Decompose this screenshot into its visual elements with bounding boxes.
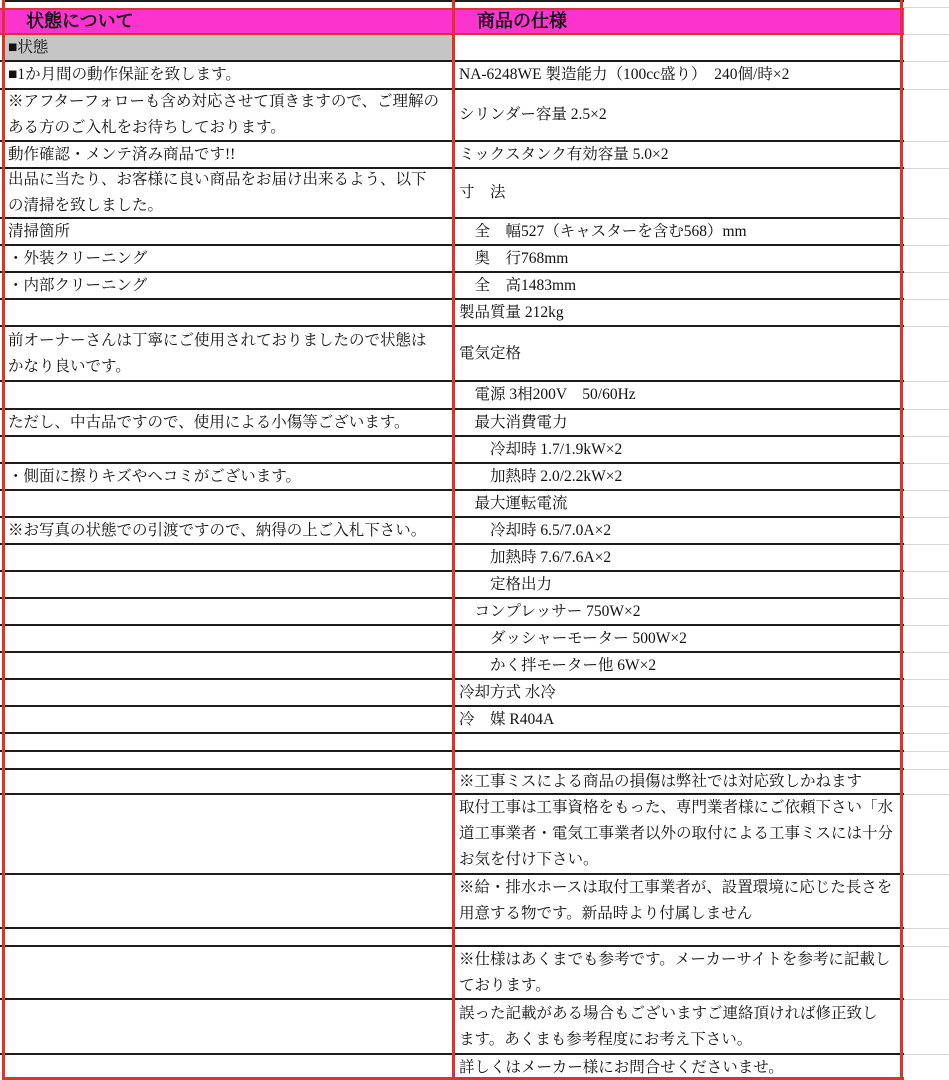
- condition-cell: [2, 653, 453, 678]
- gutter-gridline: [904, 245, 949, 246]
- gutter-gridline: [904, 769, 949, 770]
- gutter-gridline: [904, 61, 949, 62]
- spec-cell: 取付工事は工事資格をもった、専門業者様にご依頼下さい「水 道工事業者・電気工事業…: [453, 795, 904, 873]
- spec-cell: [453, 35, 904, 60]
- spec-cell: ※仕様はあくまでも参考です。メーカーサイトを参考に記載し ております。: [453, 947, 904, 998]
- gutter-gridline: [904, 89, 949, 90]
- spec-cell: かく拌モーター他 6W×2: [453, 653, 904, 678]
- gutter-gridline: [904, 751, 949, 752]
- gutter-gridline: [904, 168, 949, 169]
- gutter-gridline: [904, 463, 949, 464]
- condition-column-header: 状態について: [2, 10, 453, 33]
- condition-cell: 出品に当たり、お客様に良い商品をお届け出来るよう、以下 の清掃を致しました。: [2, 169, 453, 217]
- spec-cell: ダッシャーモーター 500W×2: [453, 626, 904, 651]
- condition-cell: 動作確認・メンテ済み商品です!!: [2, 142, 453, 167]
- condition-cell: [2, 491, 453, 516]
- spec-cell: 全 幅527（キャスターを含む568）mm: [453, 219, 904, 244]
- gutter-gridline: [904, 999, 949, 1000]
- spec-cell: 加熱時 7.6/7.6A×2: [453, 545, 904, 570]
- condition-cell: [2, 734, 453, 750]
- gutter-gridline: [904, 874, 949, 875]
- condition-cell: [2, 382, 453, 408]
- gutter-gridline: [904, 141, 949, 142]
- gutter-gridline: [904, 381, 949, 382]
- gutter-gridline: [904, 436, 949, 437]
- spec-cell: 製品質量 212kg: [453, 300, 904, 325]
- gutter-gridline: [904, 733, 949, 734]
- spec-cell: 冷却方式 水冷: [453, 680, 904, 705]
- condition-cell: [2, 947, 453, 998]
- spec-cell: 最大消費電力: [453, 410, 904, 435]
- gutter-gridline: [904, 544, 949, 545]
- gutter-gridline: [904, 946, 949, 947]
- spec-cell: 電源 3相200V 50/60Hz: [453, 382, 904, 408]
- condition-cell: [2, 707, 453, 732]
- spec-sheet: 状態について 商品の仕様■状態■1か月間の動作保証を致します。NA-6248WE…: [0, 0, 949, 1080]
- gutter-gridline: [904, 928, 949, 929]
- condition-cell: ※アフターフォローも含め対応させて頂きますので、ご理解の ある方のご入札をお待ち…: [2, 90, 453, 140]
- condition-cell: [2, 929, 453, 945]
- spec-cell: ミックスタンク有効容量 5.0×2: [453, 142, 904, 167]
- gutter-gridline: [904, 1054, 949, 1055]
- spec-cell: ※給・排水ホースは取付工事業者が、設置環境に応じた長さを 用意する物です。新品時…: [453, 875, 904, 927]
- spec-column-header: 商品の仕様: [453, 10, 904, 33]
- spec-cell: NA-6248WE 製造能力（100cc盛り） 240個/時×2: [453, 62, 904, 88]
- spec-cell: ※工事ミスによる商品の損傷は弊社では対応致しかねます: [453, 770, 904, 793]
- condition-cell: ・側面に擦りキズやヘコミがございます。: [2, 464, 453, 489]
- gutter-gridline: [904, 272, 949, 273]
- gutter-gridline: [904, 299, 949, 300]
- gutter-gridline: [904, 218, 949, 219]
- column-divider: [452, 0, 455, 1080]
- condition-cell: [2, 626, 453, 651]
- condition-cell: ・内部クリーニング: [2, 273, 453, 298]
- condition-cell: [2, 752, 453, 768]
- gutter-gridline: [904, 409, 949, 410]
- spec-cell: 加熱時 2.0/2.2kW×2: [453, 464, 904, 489]
- condition-cell: [2, 770, 453, 793]
- spec-cell: 寸 法: [453, 169, 904, 217]
- gutter-gridline: [904, 794, 949, 795]
- condition-cell: [2, 437, 453, 462]
- condition-cell: [2, 1000, 453, 1053]
- condition-cell: [2, 599, 453, 624]
- spec-cell: コンプレッサー 750W×2: [453, 599, 904, 624]
- gutter-gridline: [904, 490, 949, 491]
- spec-cell: 奥 行768mm: [453, 246, 904, 271]
- spec-cell: [453, 734, 904, 750]
- gutter-gridline: [904, 34, 949, 35]
- spec-cell: 定格出力: [453, 572, 904, 597]
- gutter-gridline: [904, 652, 949, 653]
- gutter-gridline: [904, 571, 949, 572]
- condition-cell: [2, 300, 453, 325]
- condition-cell: 前オーナーさんは丁寧にご使用されておりましたので状態は かなり良いです。: [2, 327, 453, 380]
- spec-cell: 冷 媒 R404A: [453, 707, 904, 732]
- spec-cell: 最大運転電流: [453, 491, 904, 516]
- spec-cell: シリンダー容量 2.5×2: [453, 90, 904, 140]
- gutter-gridline: [904, 598, 949, 599]
- condition-cell: ただし、中古品ですので、使用による小傷等ございます。: [2, 410, 453, 435]
- condition-cell: [2, 572, 453, 597]
- spreadsheet-gutter: [904, 0, 949, 1080]
- gutter-gridline: [904, 679, 949, 680]
- condition-cell: 清掃箇所: [2, 219, 453, 244]
- spec-cell: 全 高1483mm: [453, 273, 904, 298]
- condition-cell: [2, 875, 453, 927]
- condition-cell: ■1か月間の動作保証を致します。: [2, 62, 453, 88]
- gutter-gridline: [904, 625, 949, 626]
- spec-cell: [453, 929, 904, 945]
- gutter-gridline: [904, 7, 949, 8]
- spec-cell: [453, 752, 904, 768]
- spec-cell: 電気定格: [453, 327, 904, 380]
- condition-cell: ※お写真の状態での引渡ですので、納得の上ご入札下さい。: [2, 518, 453, 543]
- gutter-gridline: [904, 326, 949, 327]
- spec-cell: 冷却時 1.7/1.9kW×2: [453, 437, 904, 462]
- spec-cell: 誤った記載がある場合もございますご連絡頂ければ修正致し ます。あくまも参考程度に…: [453, 1000, 904, 1053]
- table-right-border: [900, 0, 903, 1080]
- table-left-border: [2, 0, 5, 1080]
- condition-cell: [2, 795, 453, 873]
- condition-cell: ■状態: [2, 35, 453, 60]
- condition-cell: [2, 545, 453, 570]
- condition-cell: [2, 680, 453, 705]
- condition-cell: ・外装クリーニング: [2, 246, 453, 271]
- gutter-gridline: [904, 706, 949, 707]
- spec-cell: 冷却時 6.5/7.0A×2: [453, 518, 904, 543]
- gutter-gridline: [904, 517, 949, 518]
